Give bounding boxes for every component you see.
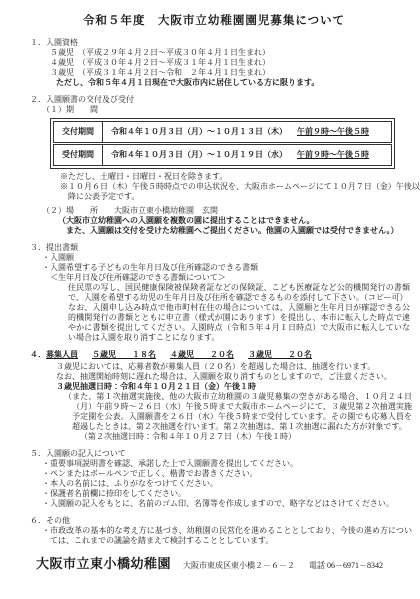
second-lottery-datetime: （第２次抽選日時：令和４年１０月２７日（木）午後１時） [80, 432, 400, 442]
accept-period-time: 午前９時～午後５時 [297, 150, 369, 159]
age5-line: ５歳児 （平成２９年４月２日～平成３０年４月１日生まれ） [50, 48, 400, 58]
place-line: （２）場 所 大阪市立東小橋幼稚園 玄関 [42, 206, 400, 216]
document-page: 令和５年度 大阪市立幼稚園園児募集について １．入園資格 ５歳児 （平成２９年４… [0, 0, 420, 599]
section-capacity: ４．募集人員５歳児 １８名４歳児 ２０名３歳児 ２０名 ３歳児においては、応募者… [28, 350, 400, 442]
lottery-para3: （また、第１次抽選実施後、他の大阪市立幼稚園の３歳児募集の空きがある場合、１０月… [64, 392, 412, 432]
footer: 大阪市立東小橋幼稚園大阪市東成区東小橋２－６－２電話 06－6971－8342 [36, 556, 400, 572]
doc-paragraph2: なお、入園申し込み時点で他市町村在住の場合については、入園願と生年月日が確認でき… [68, 303, 410, 343]
section2-heading: ２．入園願書の交付及び受付 [30, 95, 400, 105]
issue-period-label: 交付期間 [54, 122, 103, 142]
place-label: （２）場 所 [42, 206, 98, 215]
accept-period-label: 受付期間 [54, 145, 103, 165]
lottery-para2: なお、抽選開始時刻に遅れた場合は、入園願を取り消すものとしますので、ご注意くださ… [56, 372, 410, 382]
section3-heading: ３．提出書類 [30, 243, 400, 253]
section5-heading: ５．入園願の記入について [30, 449, 400, 459]
capacity-heading: ４．募集人員５歳児 １８名４歳児 ２０名３歳児 ２０名 [30, 350, 400, 360]
section1-heading: １．入園資格 [30, 38, 400, 48]
doc-bullet1: ・入園願 [42, 253, 400, 263]
table-row-accept: 受付期間 令和４年１０月３日（月）～１０月１９日（水）午前９時～午後５時 [53, 144, 392, 166]
accept-period-date: 令和４年１０月３日（月）～１０月１９日（水） [111, 150, 287, 159]
form-bullet-1: ・重要事項説明書を確認、承諾した上で入園願書を提出してください。 [42, 459, 400, 469]
other-bullet: ・市政改革の基本的な考え方に基づき、幼稚園の民営化を進めることとしており、今後の… [42, 526, 412, 546]
age3-line: ３歳児 （平成３１年４月２日～令和 ２年４月１日生まれ） [50, 68, 400, 78]
place-note2: また、入園願は交付を受けた幼稚園へご提出ください。他園の入園願では受付できません… [66, 226, 400, 236]
section6-heading: ６．その他 [30, 516, 400, 526]
doc-bracket-note: ＜生年月日及び住所確認のできる書類について＞ [50, 273, 400, 283]
capacity-age5: ５歳児 １８名 [92, 350, 156, 359]
place-value: 大阪市立東小橋幼稚園 玄関 [114, 206, 218, 215]
kindergarten-phone: 電話 06－6971－8342 [309, 561, 383, 570]
eligibility-note: ただし、令和５年４月１日現在で大阪市内に居住している方に限ります。 [56, 78, 400, 88]
capacity-label: 募集人員 [46, 350, 78, 359]
capacity-age3: ３歳児 ２０名 [248, 350, 312, 359]
doc-bullet2: ・入園希望する子どもの生年月日及び住所確認のできる書類 [42, 263, 400, 273]
lottery-para1: ３歳児においては、応募者数が募集人員（２０名）を超過した場合は、抽選を行います。 [56, 362, 410, 372]
issue-period-value: 令和４年１０月３日（月）～１０月１３日（木）午前９時～午後５時 [103, 122, 391, 142]
kindergarten-address: 大阪市東成区東小橋２－６－２ [183, 561, 295, 570]
capacity-number: ４． [30, 350, 46, 359]
place-note1: （大阪市立幼稚園への入園願を複数の園に提出することはできません。 [58, 216, 400, 226]
kindergarten-name: 大阪市立東小橋幼稚園 [36, 556, 171, 571]
doc-paragraph1: 住民票の写し、国民健康保険被保険者証などの保険証、こども医療証など公的機関発行の… [68, 283, 410, 303]
section-form-notes: ５．入園願の記入について ・重要事項説明書を確認、承諾した上で入園願書を提出して… [28, 449, 400, 509]
lottery-datetime: ３歳児抽選日時：令和４年１０月２１日（金）午後１時 [56, 382, 400, 392]
form-bullet-5: ・入園願の記入をもとに、名前のゴム印、名簿等を作成しますので、略字などはさけてく… [42, 499, 400, 509]
table-row-issue: 交付期間 令和４年１０月３日（月）～１０月１３日（木）午前９時～午後５時 [53, 121, 392, 143]
form-bullet-4: ・保護者名前欄に捺印をしてください。 [42, 489, 400, 499]
issue-period-time: 午前９時～午後５時 [297, 127, 369, 136]
section-other: ６．その他 ・市政改革の基本的な考え方に基づき、幼稚園の民営化を進めることとして… [28, 516, 400, 546]
period-note1: ※ただし、土曜日・日曜日・祝日を除きます。 [60, 172, 420, 182]
period-subheading: （１）期 間 [42, 105, 400, 115]
section-eligibility: １．入園資格 ５歳児 （平成２９年４月２日～平成３０年４月１日生まれ） ４歳児 … [28, 38, 400, 88]
period-note2: ※１０月６日（木）午後５時時点での申込状況を、大阪市ホームページにて１０月７日（… [60, 182, 420, 202]
issue-period-date: 令和４年１０月３日（月）～１０月１３日（木） [111, 127, 287, 136]
age4-line: ４歳児 （平成３０年４月２日～平成３１年４月１日生まれ） [50, 58, 400, 68]
section-documents: ３．提出書類 ・入園願 ・入園希望する子どもの生年月日及び住所確認のできる書類 … [28, 243, 400, 343]
section-application: ２．入園願書の交付及び受付 （１）期 間 交付期間 令和４年１０月３日（月）～１… [28, 95, 400, 236]
page-title: 令和５年度 大阪市立幼稚園園児募集について [28, 14, 400, 28]
capacity-age4: ４歳児 ２０名 [170, 350, 234, 359]
accept-period-value: 令和４年１０月３日（月）～１０月１９日（水）午前９時～午後５時 [103, 145, 391, 165]
form-bullet-3: ・本人の名前には、ふりがなをつけてください。 [42, 479, 400, 489]
form-bullet-2: ・ペンまたはボールペンで正しく、楷書でお書きください。 [42, 469, 400, 479]
period-table: 交付期間 令和４年１０月３日（月）～１０月１３日（木）午前９時～午後５時 受付期… [50, 118, 395, 169]
